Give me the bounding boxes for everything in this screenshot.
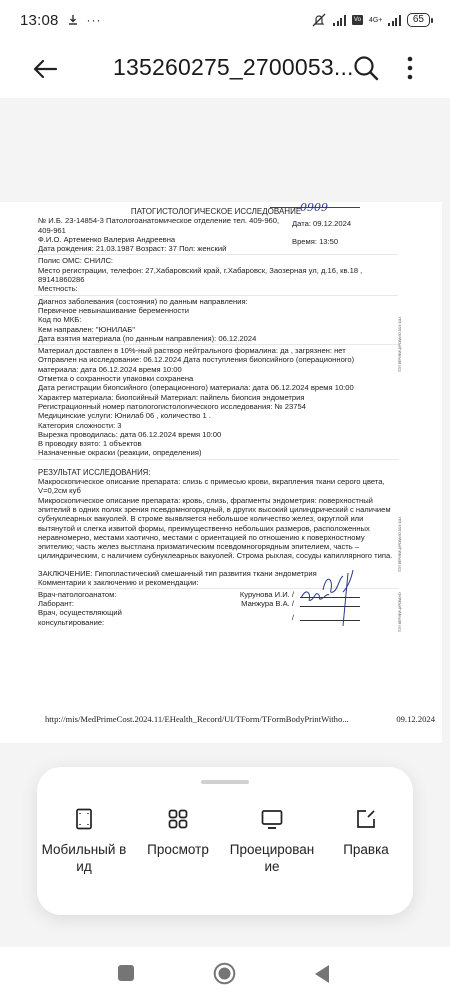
icd-code: Код по МКБ: (38, 315, 394, 324)
side-verification-code: ПЭП·ВЕРИФИЦИРОВАНО·2024·1114 (398, 592, 404, 632)
medical-services: Медицинские услуги: Юнилаб 06 , количест… (38, 411, 394, 420)
monitor-icon (260, 807, 284, 831)
back-triangle-icon[interactable] (314, 964, 330, 984)
document-title: 135260275_2700053... (113, 54, 354, 81)
diagnosis-label: Диагноз заболевания (состояния) по данны… (38, 297, 394, 306)
package-status: Отметка о сохранности упаковки сохранена (38, 374, 394, 383)
birth-info: Дата рождения: 21.03.1987 Возраст: 37 По… (38, 244, 292, 253)
divider (34, 459, 398, 460)
registration: Место регистрации, телефон: 27,Хабаровск… (38, 266, 394, 285)
network-type: 4G+ (369, 17, 382, 24)
signatures-block: Врач-патологоанатом: Курунова И.И. / Лаб… (38, 590, 394, 630)
status-bar: 13:08 ··· Vo 4G+ 65 (0, 0, 450, 40)
arrow-left-icon[interactable] (30, 54, 60, 84)
doc-heading-text: ПАТОГИСТОЛОГИЧЕСКОЕ ИССЛЕДОВАНИЕ (131, 207, 301, 216)
header-block: № И.Б. 23-14854-3 Патологоанатомическое … (38, 216, 394, 253)
doc-date: Дата: 09.12.2024 (292, 219, 394, 228)
mobile-view-icon (72, 807, 96, 831)
system-nav-bar (0, 947, 450, 1000)
side-verification-code: ПЭП·ВЕРИФИЦИРОВАНО·2024·1114 (398, 262, 404, 372)
pathologist-label: Врач-патологоанатом: (38, 590, 116, 599)
case-number: № И.Б. 23-14854-3 Патологоанатомическое … (38, 216, 292, 235)
signal-icon-2 (388, 14, 401, 26)
complexity: Категория сложности: 3 (38, 421, 394, 430)
divider (34, 254, 398, 255)
formalin: Материал доставлен в 10%-ный раствор ней… (38, 346, 394, 355)
diagnosis: Первичное невынашивание беременности (38, 306, 394, 315)
side-verification-code: ПЭП·ВЕРИФИЦИРОВАНО·2024·1114 (398, 462, 404, 572)
projection-button[interactable]: Проецирование (225, 807, 319, 875)
projection-label: Проецирование (227, 841, 317, 875)
muted-bell-icon (311, 13, 327, 27)
patient-name: Ф.И.О. Артеменко Валерия Андреевна (38, 235, 292, 244)
preview-button[interactable]: Просмотр (131, 807, 225, 875)
registration-date: Дата регистрации биопсийного (операционн… (38, 383, 394, 392)
more-vertical-icon[interactable] (400, 54, 420, 82)
macro-description: Макроскопическое описание препарата: сли… (38, 477, 394, 496)
page-footer: http://mis/MedPrimeCost.2024.11/EHealth_… (45, 714, 435, 724)
mobile-view-label: Мобильный вид (39, 841, 129, 875)
material-date: Дата взятия материала (по данным направл… (38, 334, 394, 343)
signal-4g-icon: 4G+ (369, 17, 382, 24)
preview-label: Просмотр (133, 841, 223, 858)
handwritten-signature (293, 568, 368, 628)
doc-heading: ПАТОГИСТОЛОГИЧЕСКОЕ ИССЛЕДОВАНИЕ 0909 (38, 202, 394, 216)
consult-label: Врач, осуществляющий консультирование: (38, 608, 148, 627)
more-dots-icon: ··· (87, 13, 102, 27)
doc-time: Время: 13:50 (292, 237, 394, 246)
result-heading: РЕЗУЛЬТАТ ИССЛЕДОВАНИЯ: (38, 468, 394, 477)
mobile-view-button[interactable]: Мобильный вид (37, 807, 131, 875)
sent-info: Отправлен на исследование: 06.12.2024 Да… (38, 355, 394, 374)
volte-icon: Vo (352, 15, 363, 25)
policy: Полис ОМС: СНИЛС: (38, 256, 394, 265)
battery-icon: 65 (407, 13, 430, 27)
referred-by: Кем направлен: "ЮНИЛАБ" (38, 325, 394, 334)
footer-url: http://mis/MedPrimeCost.2024.11/EHealth_… (45, 714, 349, 724)
document-page[interactable]: ПАТОГИСТОЛОГИЧЕСКОЕ ИССЛЕДОВАНИЕ 0909 № … (0, 202, 442, 743)
signal-icon (333, 14, 346, 26)
lab-label: Лаборант: (38, 599, 74, 608)
battery-level: 65 (413, 14, 424, 25)
micro-description: Микроскопическое описание препарата: кро… (38, 496, 394, 561)
cutting-date: Вырезка проводилась: дата 06.12.2024 вре… (38, 430, 394, 439)
edit-button[interactable]: Правка (319, 807, 413, 875)
home-circle-icon[interactable] (213, 962, 236, 985)
footer-date: 09.12.2024 (396, 714, 435, 724)
sheet-actions: Мобильный вид Просмотр Проецирование Пра… (37, 807, 413, 875)
material-type: Характер материала: биопсийный Материал:… (38, 393, 394, 402)
drag-handle[interactable] (201, 780, 249, 784)
registration-number: Регистрационный номер патологогистологич… (38, 402, 394, 411)
edit-label: Правка (321, 841, 411, 858)
pathologist-name: Курунова И.И. / (240, 590, 294, 599)
document-content: ПАТОГИСТОЛОГИЧЕСКОЕ ИССЛЕДОВАНИЕ 0909 № … (38, 202, 394, 630)
lab-name: Манжура В.А. / (241, 599, 294, 608)
download-icon (67, 14, 79, 26)
divider (34, 295, 398, 296)
grid-view-icon (166, 807, 190, 831)
app-bar: 135260275_2700053... (0, 40, 450, 98)
locality: Местность: (38, 284, 394, 293)
divider (34, 344, 398, 345)
clock: 13:08 (20, 12, 59, 29)
search-icon[interactable] (352, 54, 380, 82)
handwritten-number: 0909 (300, 203, 328, 212)
recents-square-icon[interactable] (117, 964, 135, 982)
edit-icon (354, 807, 378, 831)
bottom-sheet: Мобильный вид Просмотр Проецирование Пра… (37, 767, 413, 915)
objects-count: В проводку взято: 1 объектов (38, 439, 394, 448)
stains: Назначенные окраски (реакции, определени… (38, 448, 394, 457)
